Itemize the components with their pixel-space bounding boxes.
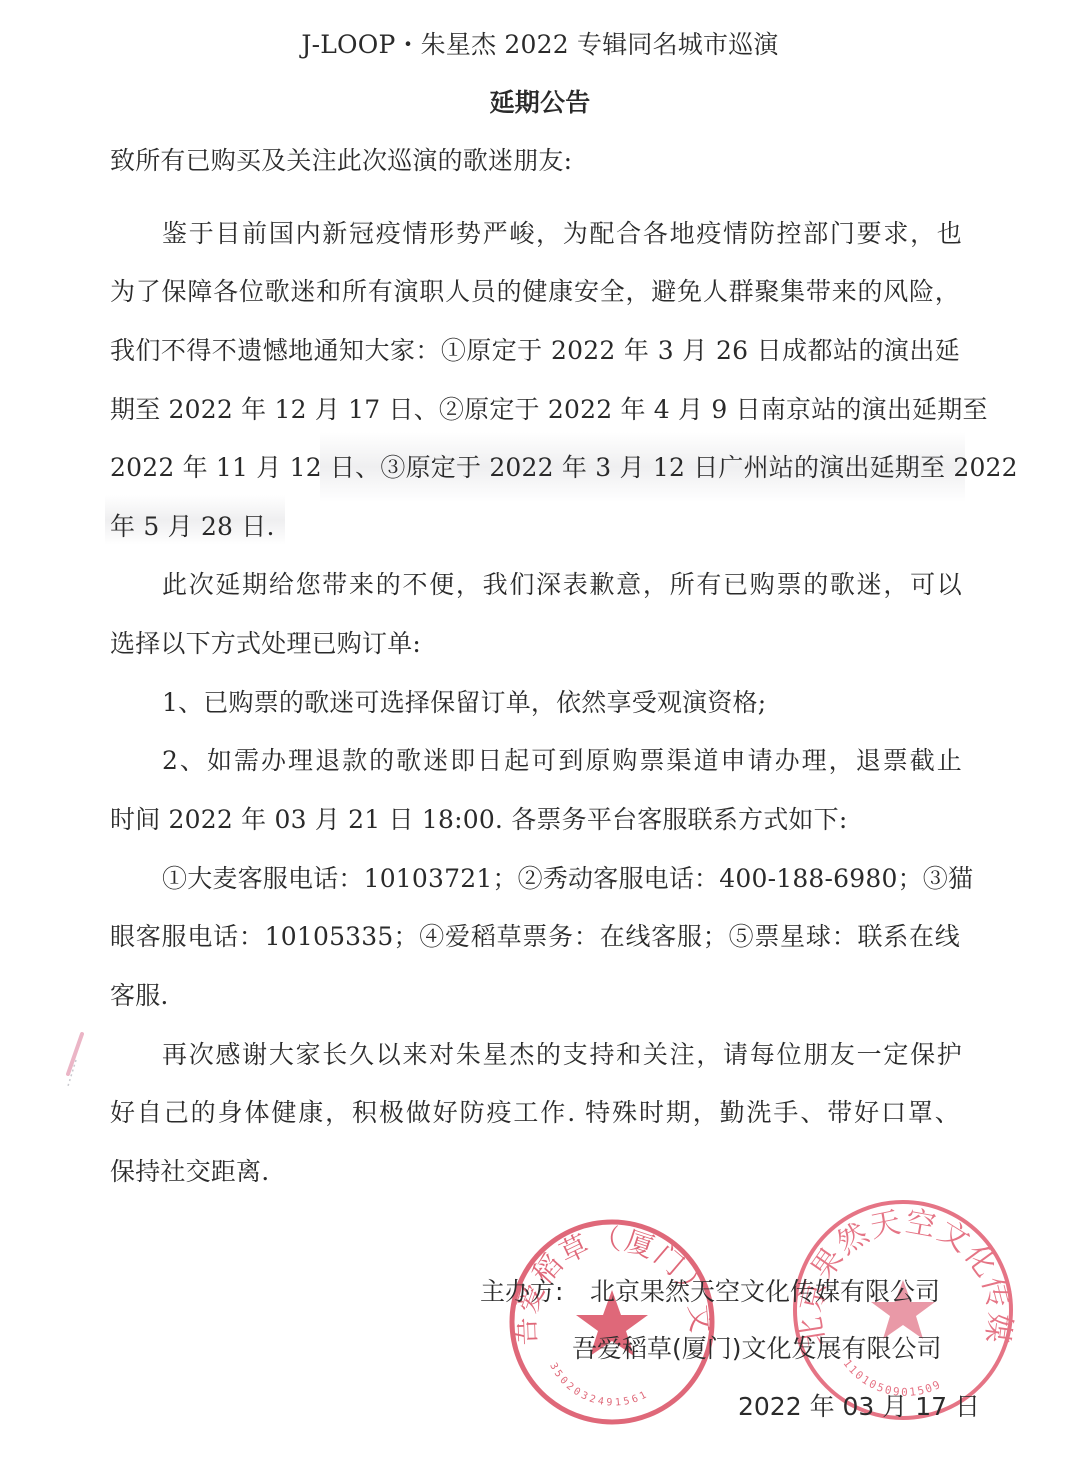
salutation: 致所有已购买及关注此次巡演的歌迷朋友: [110,146,960,176]
announcement-page: J-LOOP・朱星杰 2022 专辑同名城市巡演 延期公告 致所有已购买及关注此… [0,0,1080,1481]
pen-mark-icon [60,1030,90,1090]
paragraph-2-line: 此次延期给您带来的不便，我们深表歉意，所有已购票的歌迷，可以 [162,570,962,600]
paragraph-1-line: 期至 2022 年 12 月 17 日、②原定于 2022 年 4 月 9 日南… [110,395,960,425]
closing-line: 保持社交距离. [110,1157,960,1187]
closing-line: 再次感谢大家长久以来对朱星杰的支持和关注，请每位朋友一定保护 [162,1040,962,1070]
paragraph-1-line: 我们不得不遗憾地通知大家：①原定于 2022 年 3 月 26 日成都站的演出延 [110,336,960,366]
paragraph-2-line: 选择以下方式处理已购订单: [110,629,960,659]
closing-line: 好自己的身体健康，积极做好防疫工作. 特殊时期，勤洗手、带好口罩、 [110,1098,960,1128]
option-1: 1、已购票的歌迷可选择保留订单，依然享受观演资格; [162,688,962,718]
svg-text:3502032491561: 3502032491561 [547,1361,651,1408]
contacts-line: 眼客服电话：10105335；④爱稻草票务：在线客服；⑤票星球：联系在线 [110,922,960,952]
paragraph-1-line: 鉴于目前国内新冠疫情形势严峻，为配合各地疫情防控部门要求，也 [162,219,962,249]
paragraph-1-line: 年 5 月 28 日. [110,512,960,542]
announcement-date: 2022 年 03 月 17 日 [738,1392,980,1422]
document-title: J-LOOP・朱星杰 2022 专辑同名城市巡演 [0,30,1080,60]
organizer-1: 北京果然天空文化传媒有限公司 [590,1277,940,1307]
contacts-line: 客服. [110,981,960,1011]
organizer-2: 吾爱稻草(厦门)文化发展有限公司 [572,1334,942,1364]
option-2-line: 2、如需办理退款的歌迷即日起可到原购票渠道申请办理，退票截止 [162,746,962,776]
paragraph-1-line: 为了保障各位歌迷和所有演职人员的健康安全，避免人群聚集带来的风险， [110,277,960,307]
company-seal-xiamen-icon: 吾爱稻草（厦门）文化发展有限公司 3502032491561 [505,1215,720,1430]
company-seal-beijing-icon: 北京果然天空文化传媒有限公司 1101050901509 [788,1195,1018,1425]
paragraph-1-line: 2022 年 11 月 12 日、③原定于 2022 年 3 月 12 日广州站… [110,453,960,483]
svg-text:北京果然天空文化传媒有限公司: 北京果然天空文化传媒有限公司 [788,1195,1017,1350]
option-2-line: 时间 2022 年 03 月 21 日 18:00. 各票务平台客服联系方式如下… [110,805,960,835]
contacts-line: ①大麦客服电话：10103721；②秀动客服电话：400-188-6980；③猫 [162,864,962,894]
document-heading: 延期公告 [0,88,1080,118]
organizer-label: 主办方: [480,1277,563,1307]
